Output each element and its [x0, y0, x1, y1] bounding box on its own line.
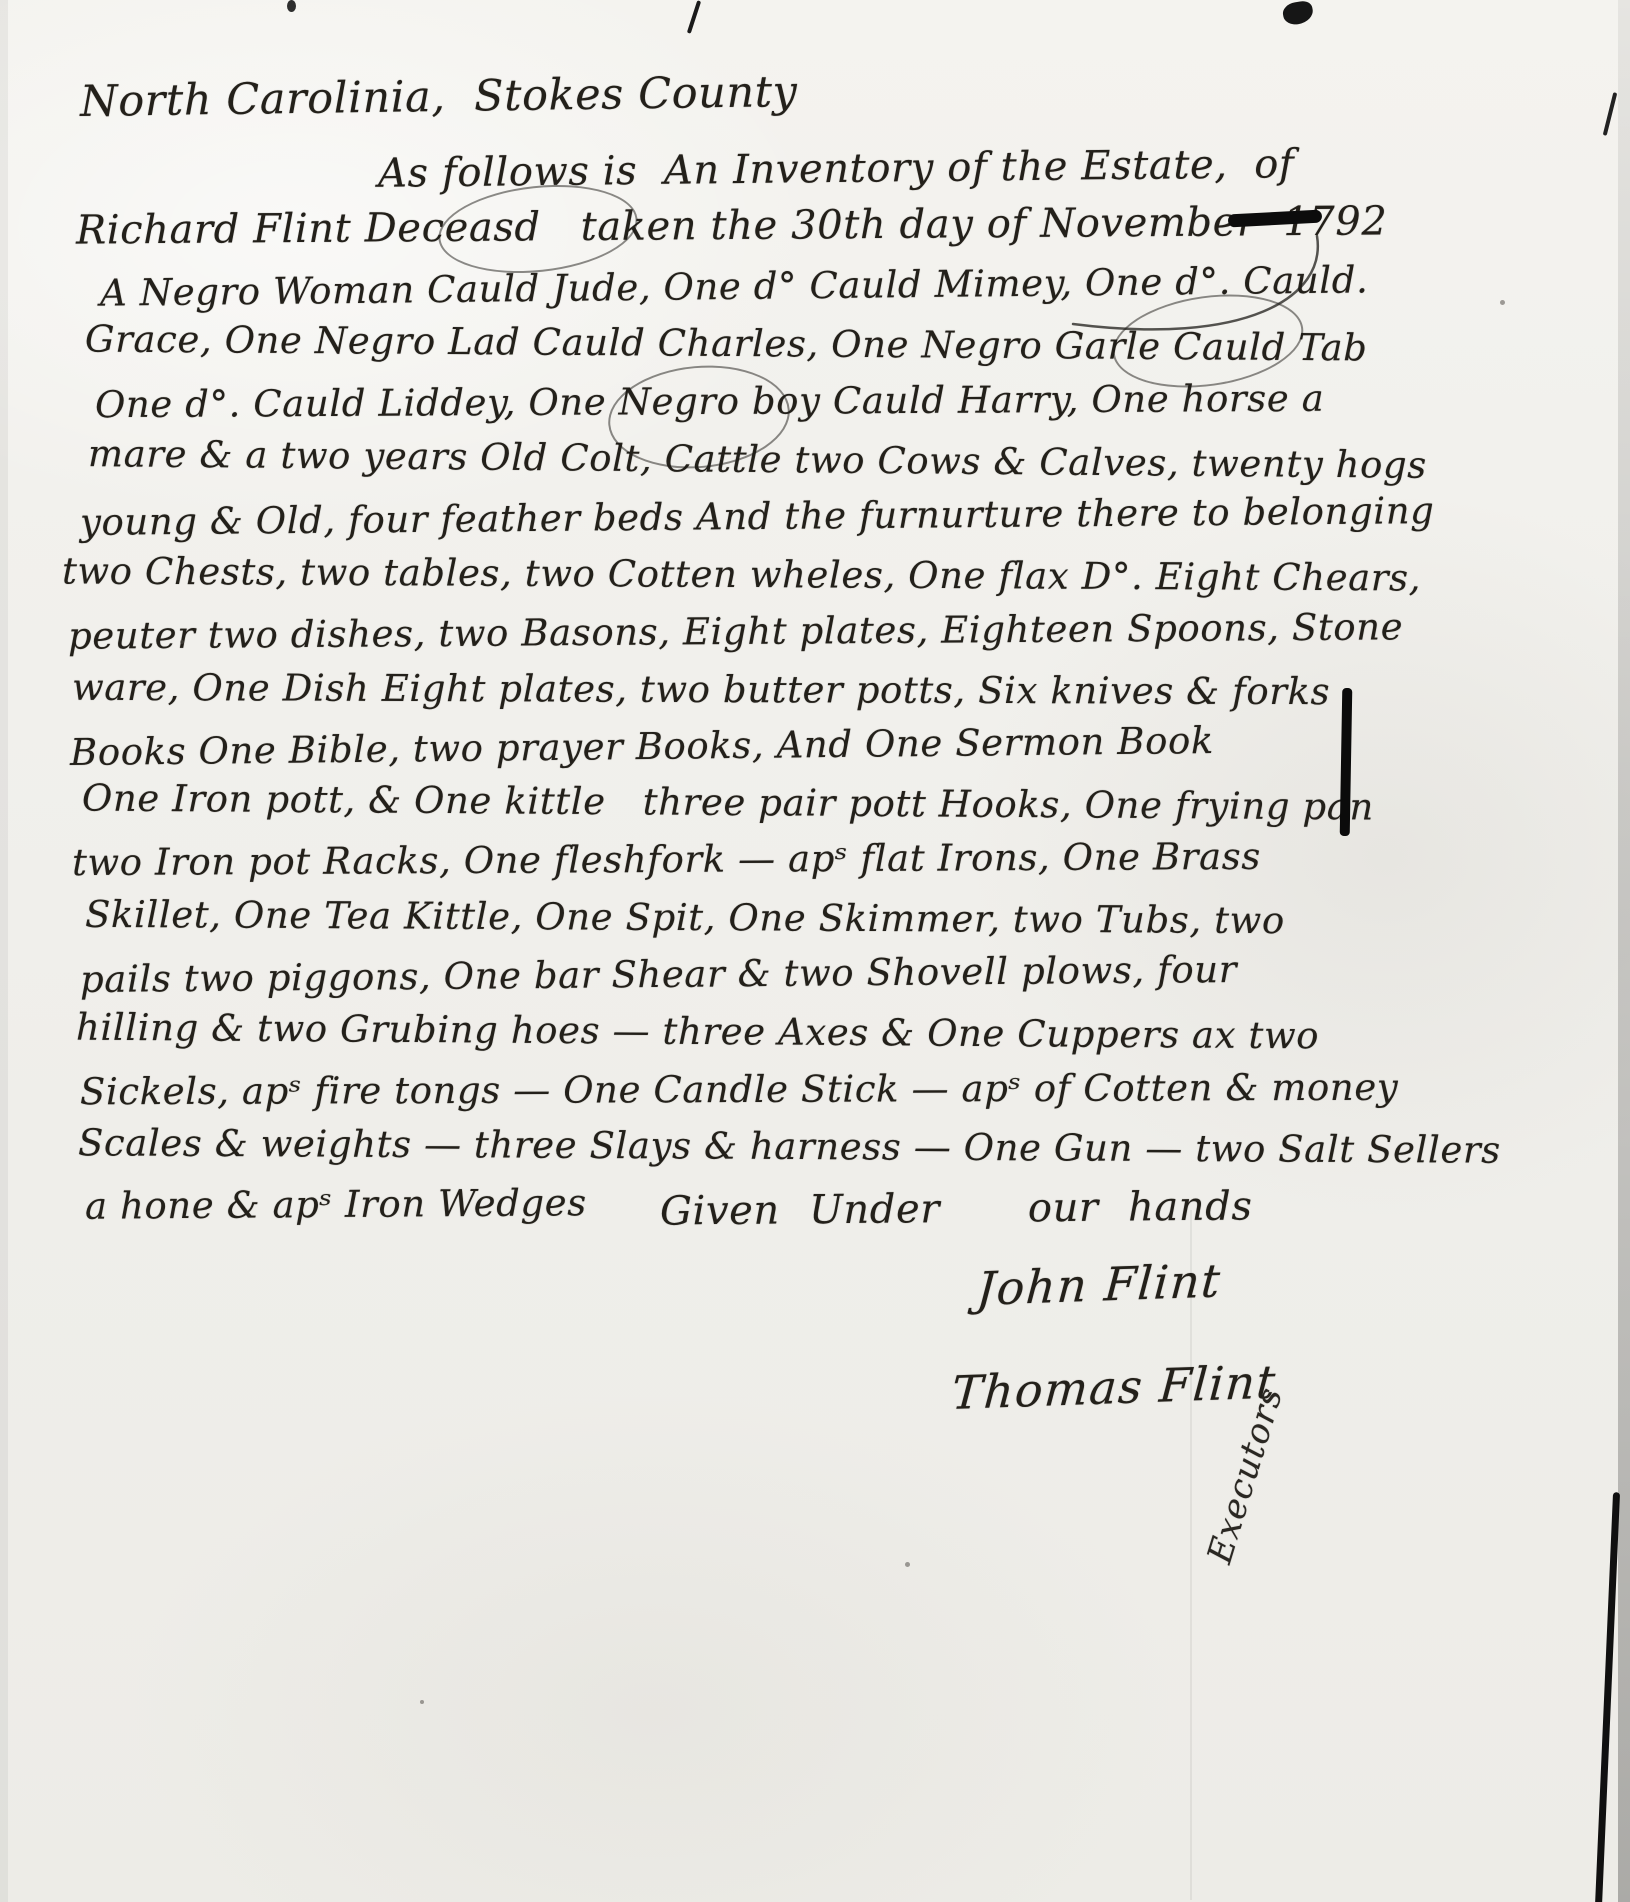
paper-crease-line [1190, 1210, 1192, 1900]
right-edge-shadow [1618, 0, 1630, 1902]
manuscript-line-8: young & Old, four feather beds And the f… [80, 489, 1435, 544]
manuscript-line-11: ware, One Dish Eight plates, two butter … [72, 666, 1330, 713]
attestation-line: Given Under our hands [660, 1183, 1253, 1234]
paper-speck [1500, 300, 1505, 305]
place-heading-line: North Carolinia, Stokes County [80, 67, 798, 127]
manuscript-line-14: two Iron pot Racks, One fleshfork — apˢ … [72, 835, 1261, 884]
manuscript-line-13: One Iron pott, & One kittle three pair p… [82, 776, 1374, 828]
manuscript-line-17: hilling & two Grubing hoes — three Axes … [76, 1006, 1319, 1058]
left-edge-shadow [0, 0, 8, 1902]
paper-speck [180, 640, 184, 644]
manuscript-page: North Carolinia, Stokes County As follow… [0, 0, 1630, 1902]
manuscript-line-19: Scales & weights — three Slays & harness… [78, 1121, 1501, 1171]
manuscript-line-18: Sickels, apˢ fire tongs — One Candle Sti… [80, 1066, 1398, 1114]
pen-stroke-top-artifact [687, 0, 701, 34]
paper-speck [420, 1700, 424, 1704]
manuscript-line-20: a hone & apˢ Iron Wedges [85, 1181, 587, 1228]
manuscript-line-10: peuter two dishes, two Basons, Eight pla… [68, 605, 1403, 657]
ink-mark-right-edge-artifact [1603, 92, 1618, 136]
page-edge-line-bottom-right [1595, 1492, 1620, 1902]
ink-speck-top-artifact [287, 0, 296, 12]
paper-speck [905, 1562, 910, 1567]
ink-blot-top-right-artifact [1281, 0, 1314, 26]
signature-john-flint: John Flint [975, 1253, 1223, 1316]
manuscript-line-15: Skillet, One Tea Kittle, One Spit, One S… [85, 893, 1285, 942]
signature-thomas-flint: Thomas Flint [950, 1355, 1278, 1420]
manuscript-line-16: pails two piggons, One bar Shear & two S… [80, 948, 1237, 1001]
manuscript-line-12: Books One Bible, two prayer Books, And O… [70, 719, 1214, 774]
manuscript-line-9: two Chests, two tables, two Cotten whele… [62, 549, 1421, 599]
